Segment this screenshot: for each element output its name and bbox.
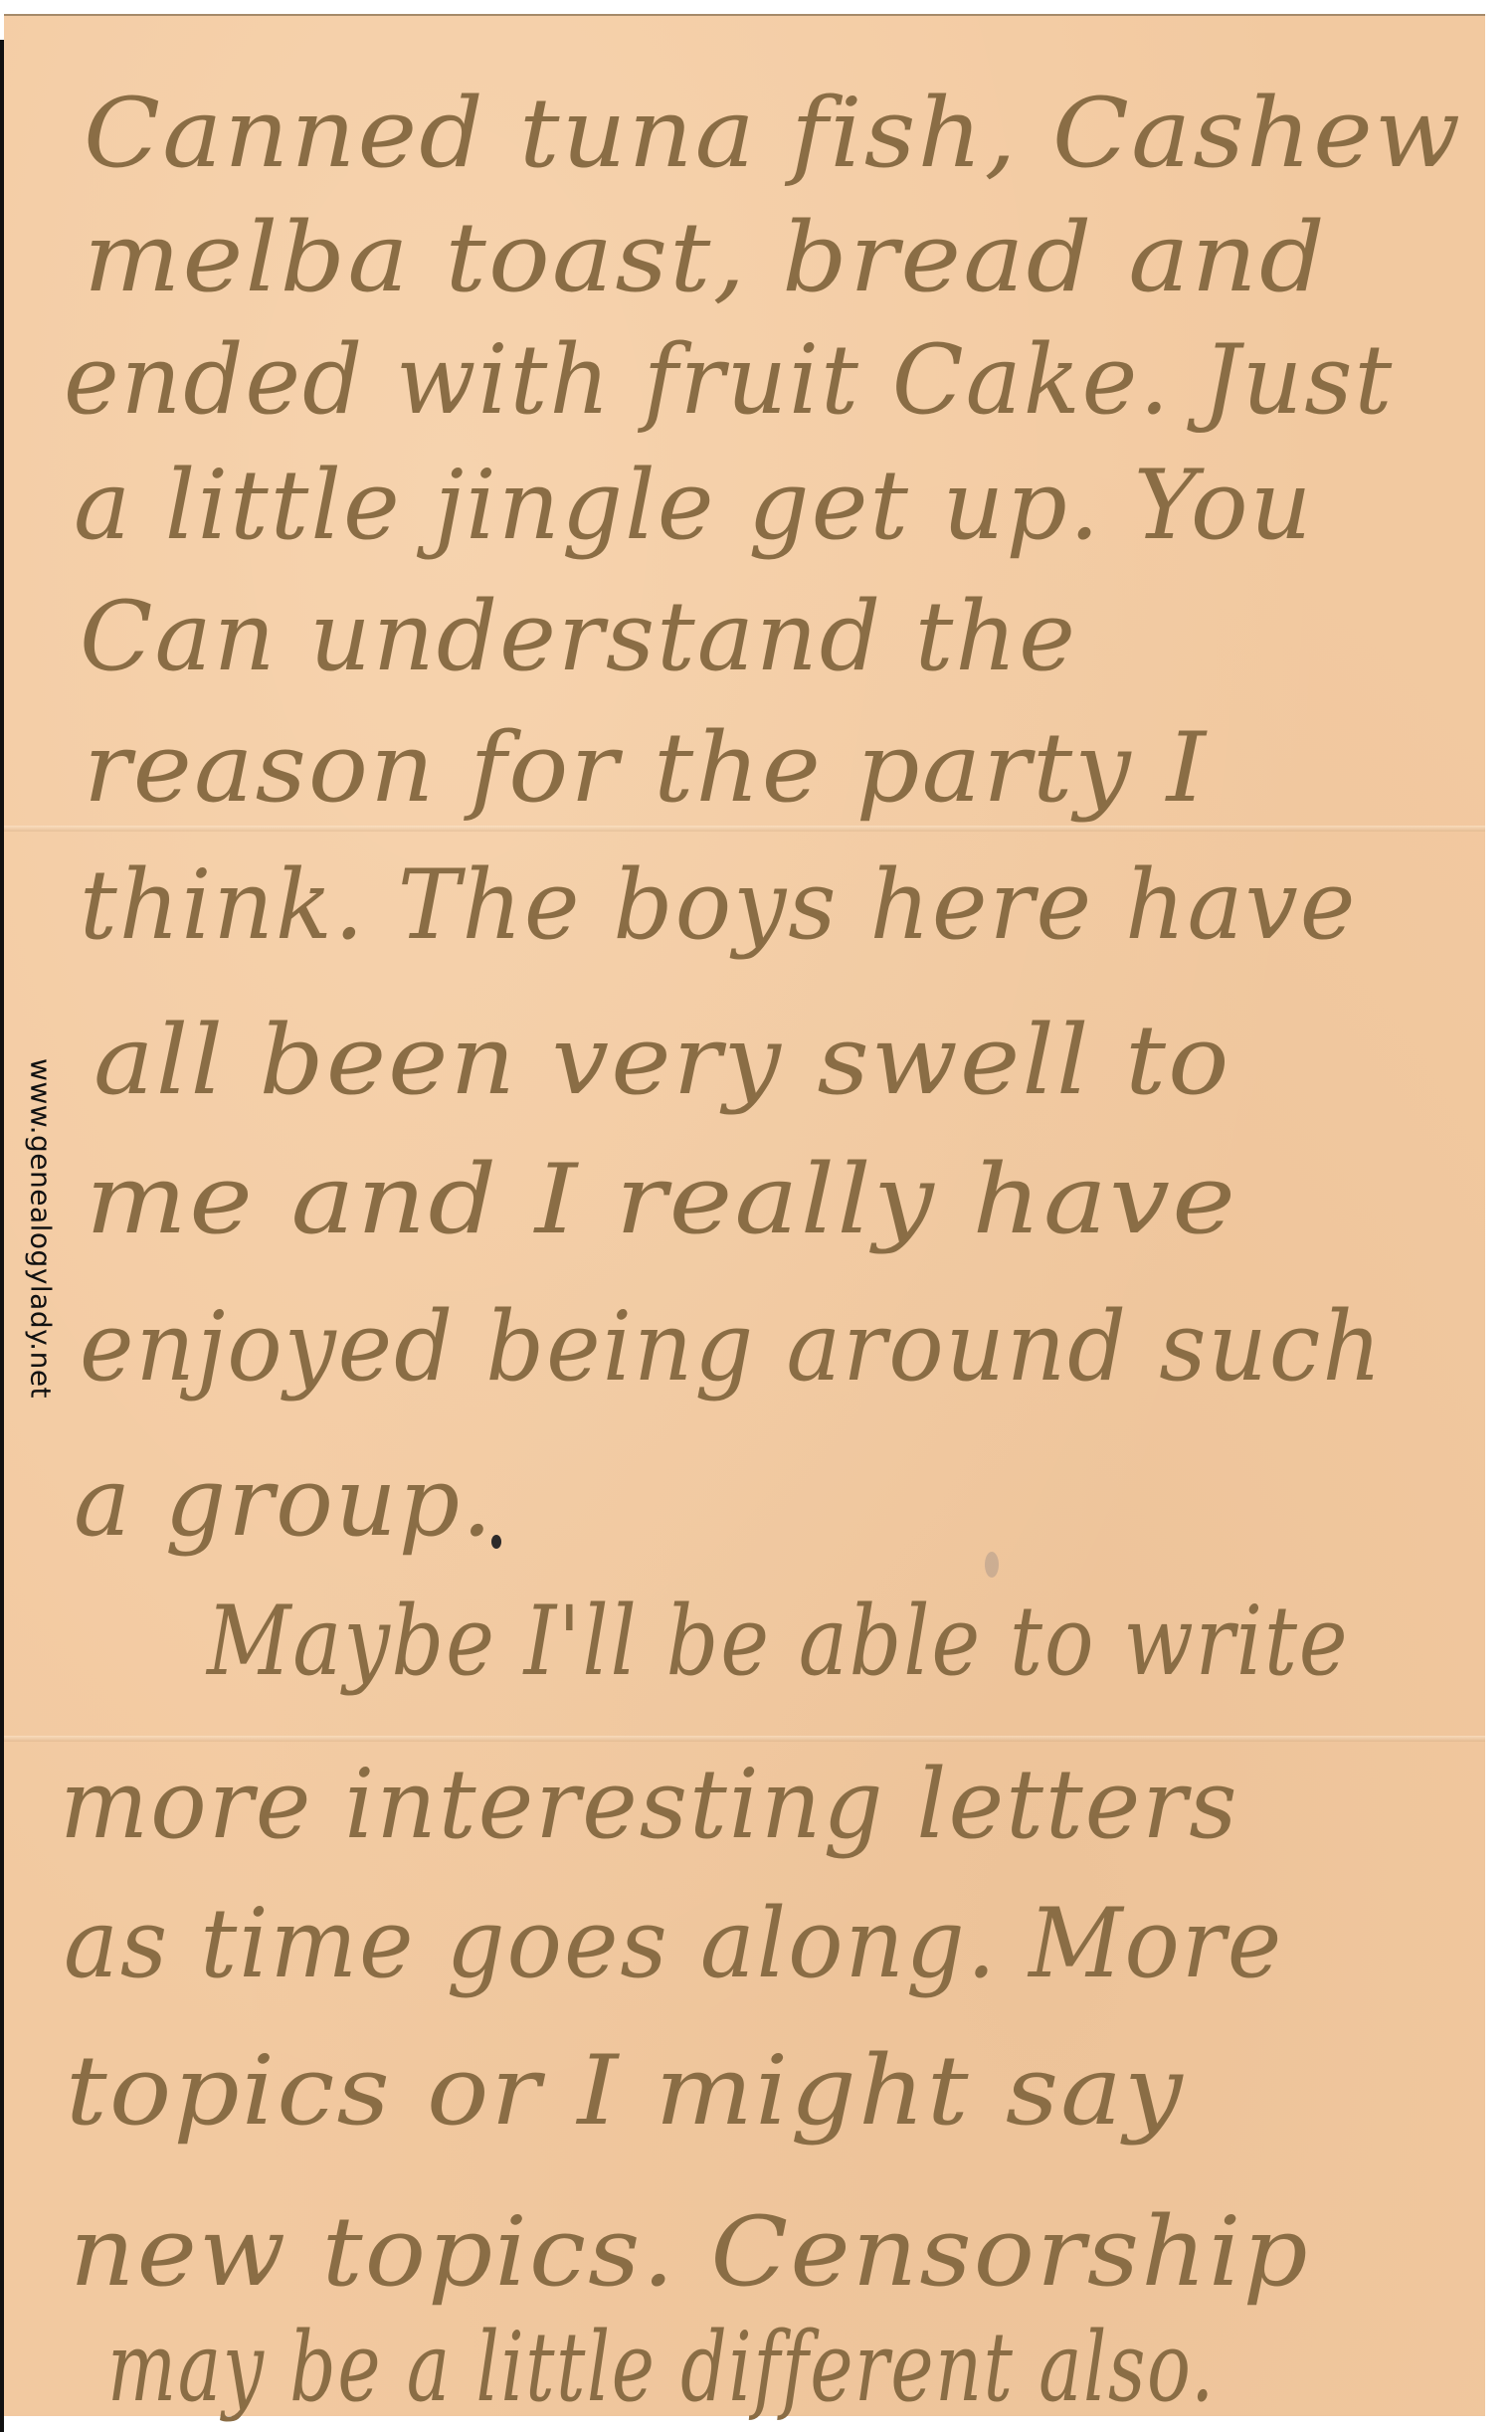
letter-line-17: may be a little different also.: [107, 2320, 1216, 2415]
letter-line-3: ended with fruit Cake. Just: [64, 332, 1394, 428]
letter-line-8: all been very swell to: [94, 1013, 1231, 1108]
letter-line-2: melba toast, bread and: [84, 210, 1327, 305]
letter-line-13: more interesting letters: [60, 1757, 1238, 1852]
letter-line-1: Canned tuna fish, Cashew: [84, 86, 1462, 181]
fold-line-lower: [4, 1736, 1485, 1742]
paper-stain: [985, 1552, 999, 1578]
letter-line-14: as time goes along. More: [64, 1896, 1283, 1991]
paper-sheet: Canned tuna fish, Cashew melba toast, br…: [4, 14, 1485, 2416]
letter-line-5: Can understand the: [80, 589, 1077, 684]
ink-blot: [491, 1535, 501, 1549]
scanned-letter-page: Canned tuna fish, Cashew melba toast, br…: [0, 0, 1512, 2432]
letter-line-16: new topics. Censorship: [70, 2204, 1310, 2300]
letter-line-15: topics or I might say: [66, 2043, 1185, 2139]
watermark: www.genealogylady.net: [16, 1044, 66, 1412]
letter-line-9: me and I really have: [86, 1152, 1237, 1247]
letter-line-6: reason for the party I: [84, 720, 1208, 816]
letter-line-11: a group.: [74, 1454, 494, 1550]
letter-line-4: a little jingle get up. You: [74, 458, 1313, 553]
letter-line-7: think. The boys here have: [80, 857, 1357, 953]
fold-line-upper: [4, 826, 1485, 832]
letter-line-10: enjoyed being around such: [80, 1299, 1384, 1395]
letter-line-12: Maybe I'll be able to write: [207, 1593, 1349, 1689]
watermark-text: www.genealogylady.net: [25, 1058, 58, 1399]
